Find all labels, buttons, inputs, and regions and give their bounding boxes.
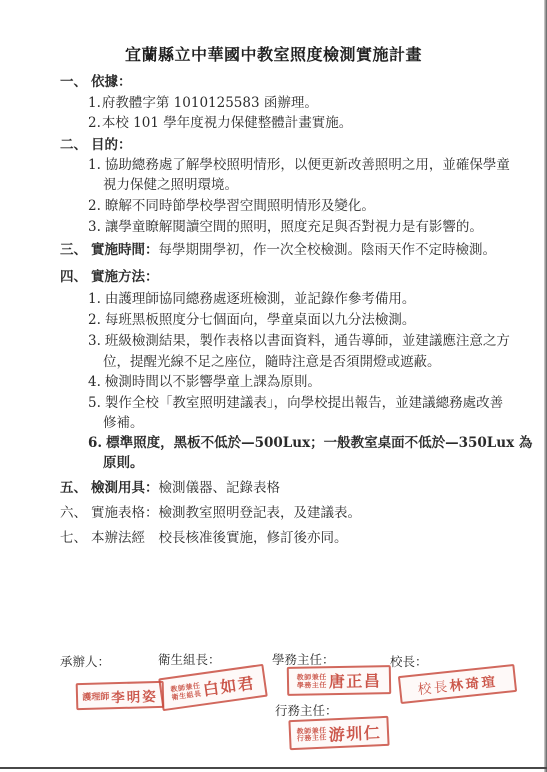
item-text: 讓學童瞭解閱讀空間的照明，照度充足與否對視力是有影響的。 [105, 219, 483, 235]
stamp-name-text: 白如君 [201, 670, 256, 700]
section-3-label: 實施時間： [91, 242, 159, 258]
section-2-number: 二、 [60, 137, 87, 153]
signature-label-general-affairs-director: 行務主任： [275, 701, 338, 719]
stamp-title-text: 教師兼任行務主任 [296, 726, 327, 742]
list-item: 5.製作全校「教室照明建議表」，向學校提出報告，並建議總務處改善 [88, 396, 503, 411]
document-title: 宜蘭縣立中華國中教室照度檢測實施計畫 [0, 42, 547, 65]
section-5-text: 檢測儀器、記錄表格 [159, 480, 281, 496]
section-7-text: 本辦法經 校長核准後實施，修訂後亦同。 [91, 530, 348, 546]
section-6-label: 實施表格： [91, 505, 159, 521]
item-text: 府教體字第 1010125583 函辦理。 [102, 95, 318, 111]
section-4-label: 實施方法： [91, 269, 159, 285]
section-4-number: 四、 [60, 269, 87, 285]
item-number: 3. [88, 333, 101, 349]
stamp-student-affairs-tang-zheng-chang: 教師兼任學務主任唐正昌 [287, 665, 391, 696]
list-item: 2.每班黑板照度分七個面向，學童桌面以九分法檢測。 [88, 313, 415, 328]
list-item: 1.府教體字第 1010125583 函辦理。 [88, 96, 318, 111]
item-number: 1. [88, 95, 101, 111]
signature-label-health-section-chief: 衛生組長： [158, 650, 221, 668]
section-3-number: 三、 [60, 242, 87, 258]
item-text: 每班黑板照度分七個面向，學童桌面以九分法檢測。 [105, 312, 416, 328]
item-text: 班級檢測結果，製作表格以書面資料，通告導師，並建議應注意之方 [105, 333, 510, 349]
signature-label-principal: 校長： [390, 652, 428, 670]
item-text: 製作全校「教室照明建議表」，向學校提出報告，並建議總務處改善 [105, 395, 503, 411]
scan-edge-bottom [0, 767, 547, 769]
section-1-number: 一、 [60, 74, 87, 90]
list-item: 4.檢測時間以不影響學童上課為原則。 [88, 375, 321, 390]
item-number: 2. [88, 312, 101, 328]
list-item: 1.協助總務處了解學校照明情形，以便更新改善照明之用，並確保學童 [88, 158, 510, 173]
stamp-title-text: 校長 [417, 675, 451, 698]
stamp-name-text: 林琦瑄 [448, 670, 498, 695]
item-text: 瞭解不同時節學校學習空間照明情形及變化。 [105, 198, 375, 214]
item-text: 原則。 [103, 455, 144, 471]
section-4-heading: 四、實施方法： [60, 270, 159, 285]
item-text: 位，提醒光線不足之座位，隨時注意是否須開燈或遮蔽。 [103, 354, 441, 370]
item-number: 1. [88, 291, 101, 307]
section-5-heading: 五、檢測用具：檢測儀器、記錄表格 [60, 481, 280, 496]
list-item: 1.由護理師協同總務處逐班檢測，並記錄作參考備用。 [88, 292, 415, 307]
list-item: 3.讓學童瞭解閱讀空間的照明，照度充足與否對視力是有影響的。 [88, 220, 483, 235]
list-item-continuation: 視力保健之照明環境。 [103, 178, 238, 193]
item-number: 6. [88, 435, 102, 451]
item-text: 視力保健之照明環境。 [103, 177, 238, 193]
signature-label-organizer: 承辦人： [60, 652, 110, 670]
list-item-continuation: 位，提醒光線不足之座位，隨時注意是否須開燈或遮蔽。 [103, 355, 441, 370]
section-7-heading: 七、本辦法經 校長核准後實施，修訂後亦同。 [60, 531, 348, 546]
stamp-name-text: 游圳仁 [328, 720, 381, 745]
section-1-label: 依據： [91, 74, 132, 90]
stamp-title-text: 教師兼任衛生組長 [170, 682, 202, 701]
stamp-name-text: 李明姿 [111, 685, 158, 706]
list-item: 2.本校 101 學年度視力保健整體計畫實施。 [88, 116, 352, 131]
item-text: 協助總務處了解學校照明情形，以便更新改善照明之用，並確保學童 [105, 157, 510, 173]
item-number: 3. [88, 219, 101, 235]
section-6-text: 檢測教室照明登記表，及建議表。 [159, 505, 362, 521]
list-item-continuation: 修補。 [103, 416, 144, 431]
stamp-name-text: 唐正昌 [329, 668, 382, 692]
stamp-general-affairs-you-zhun-ren: 教師兼任行務主任游圳仁 [288, 716, 389, 750]
stamp-title-line2: 學務主任 [297, 681, 327, 689]
section-3-heading: 三、實施時間：每學期開學初，作一次全校檢測。陰雨天作不定時檢測。 [60, 243, 496, 258]
item-text: 標準照度，黑板不低於—500Lux；一般教室桌面不低於—350Lux 為 [106, 435, 532, 451]
item-number: 2. [88, 198, 101, 214]
scanned-document-page: 宜蘭縣立中華國中教室照度檢測實施計畫 一、依據： 1.府教體字第 1010125… [0, 0, 547, 772]
list-item: 2.瞭解不同時節學校學習空間照明情形及變化。 [88, 199, 375, 214]
item-text: 由護理師協同總務處逐班檢測，並記錄作參考備用。 [105, 291, 416, 307]
list-item-continuation: 原則。 [103, 456, 144, 471]
stamp-title-text: 護理師 [82, 689, 109, 703]
section-2-heading: 二、目的： [60, 138, 132, 153]
item-number: 4. [88, 374, 101, 390]
stamp-nurse-li-ming-zi: 護理師李明姿 [76, 681, 165, 710]
section-7-number: 七、 [60, 530, 87, 546]
stamp-health-chief-bai-ru-jun: 教師兼任衛生組長白如君 [158, 664, 268, 711]
section-6-heading: 六、實施表格：檢測教室照明登記表，及建議表。 [60, 506, 361, 521]
stamp-title-line2: 行務主任 [297, 734, 327, 743]
item-number: 5. [88, 395, 101, 411]
section-6-number: 六、 [60, 505, 87, 521]
section-1-heading: 一、依據： [60, 75, 132, 90]
stamp-title-text: 教師兼任學務主任 [297, 673, 327, 689]
section-5-number: 五、 [60, 480, 87, 496]
item-text: 修補。 [103, 415, 144, 431]
list-item: 3.班級檢測結果，製作表格以書面資料，通告導師，並建議應注意之方 [88, 334, 510, 349]
list-item: 6.標準照度，黑板不低於—500Lux；一般教室桌面不低於—350Lux 為 [88, 436, 532, 451]
item-text: 本校 101 學年度視力保健整體計畫實施。 [102, 115, 352, 131]
item-number: 2. [88, 115, 101, 131]
item-text: 檢測時間以不影響學童上課為原則。 [105, 374, 321, 390]
section-3-text: 每學期開學初，作一次全校檢測。陰雨天作不定時檢測。 [159, 242, 497, 258]
section-5-label: 檢測用具： [91, 480, 159, 496]
section-2-label: 目的： [91, 137, 132, 153]
item-number: 1. [88, 157, 101, 173]
